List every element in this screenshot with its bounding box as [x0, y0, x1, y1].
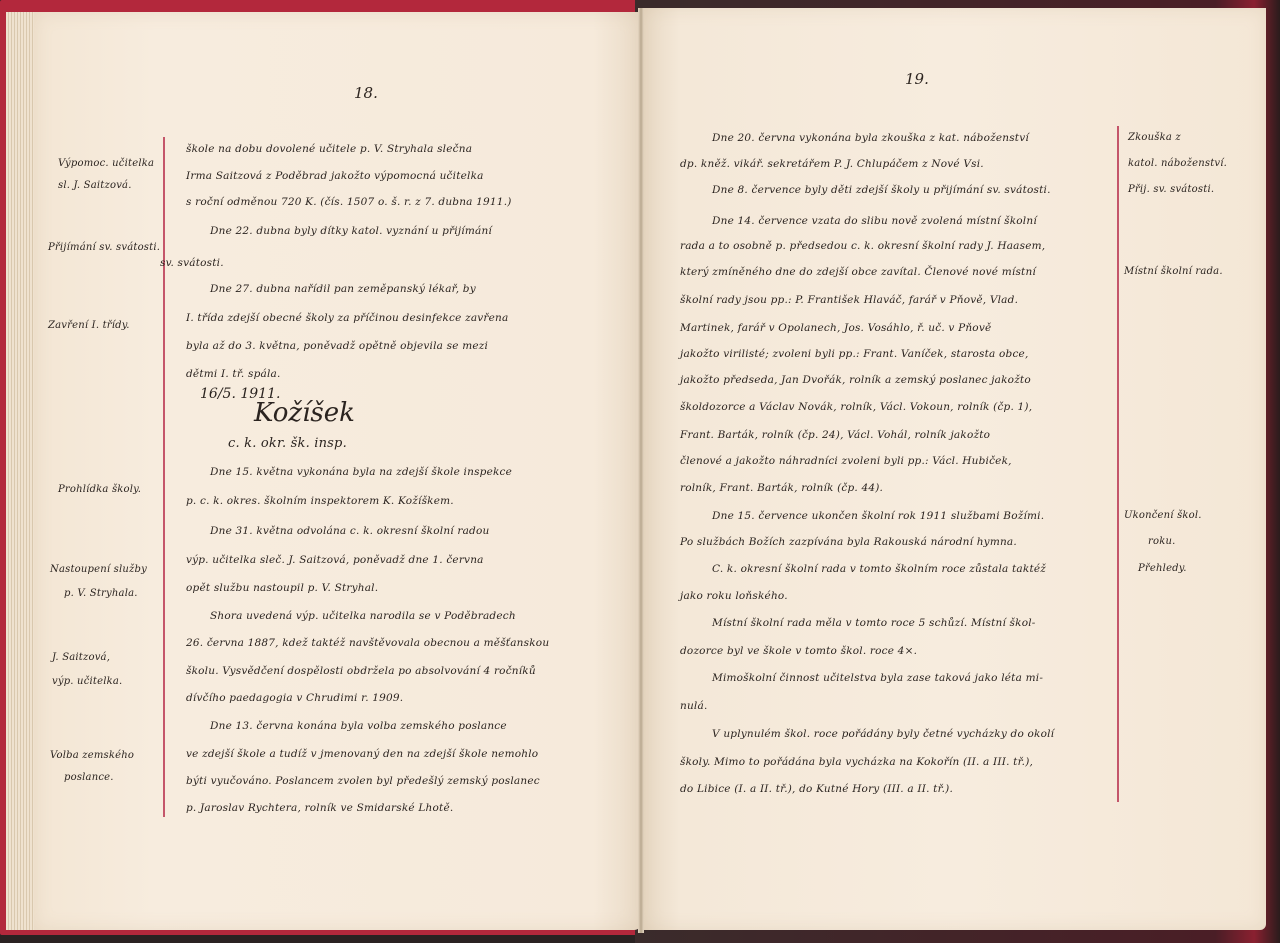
right-page-number: 19. — [905, 70, 929, 88]
margin-note: p. V. Stryhala. — [64, 588, 138, 599]
text-line: Dne 14. července vzata do slibu nově zvo… — [712, 215, 1037, 227]
margin-note: Nastoupení služby — [50, 564, 147, 575]
text-line: škole na dobu dovolené učitele p. V. Str… — [186, 143, 472, 155]
signature-title: c. k. okr. šk. insp. — [228, 436, 347, 451]
text-line: nulá. — [680, 700, 707, 712]
text-line: V uplynulém škol. roce pořádány byly čet… — [712, 728, 1054, 740]
margin-note: Ukončení škol. — [1124, 510, 1202, 521]
margin-note: Zkouška z — [1128, 132, 1181, 143]
text-line: p. c. k. okres. školním inspektorem K. K… — [186, 495, 454, 507]
book-gutter — [638, 8, 644, 933]
margin-note: poslance. — [64, 772, 114, 783]
text-line: opět službu nastoupil p. V. Stryhal. — [186, 582, 378, 594]
text-line: školu. Vysvědčení dospělosti obdržela po… — [186, 665, 536, 677]
text-line: Martinek, farář v Opolanech, Jos. Vosáhl… — [680, 322, 991, 334]
margin-note: Prohlídka školy. — [58, 484, 141, 495]
text-line: rolník, Frant. Barták, rolník (čp. 44). — [680, 482, 883, 494]
text-line: členové a jakožto náhradníci zvoleni byl… — [680, 455, 1012, 467]
margin-note: J. Saitzová, — [52, 652, 110, 663]
inspector-signature: Kožíšek — [254, 398, 355, 428]
text-line: C. k. okresní školní rada v tomto školní… — [712, 563, 1046, 575]
text-line: I. třída zdejší obecné školy za příčinou… — [186, 312, 508, 324]
margin-note: roku. — [1148, 536, 1175, 547]
text-line: Dne 13. června konána byla volba zemskéh… — [210, 720, 507, 732]
margin-note: Přehledy. — [1138, 563, 1187, 574]
left-page-number: 18. — [354, 84, 378, 102]
text-line: jakožto virilisté; zvoleni byli pp.: Fra… — [680, 348, 1029, 360]
text-line: p. Jaroslav Rychtera, rolník ve Smidarsk… — [186, 802, 453, 814]
margin-note: Zavření I. třídy. — [48, 320, 130, 331]
text-line: který zmíněného dne do zdejší obce zavít… — [680, 266, 1036, 278]
text-line: býti vyučováno. Poslancem zvolen byl pře… — [186, 775, 540, 787]
right-margin-rule — [1117, 126, 1119, 802]
text-line: výp. učitelka sleč. J. Saitzová, poněvad… — [186, 554, 484, 566]
margin-note: sl. J. Saitzová. — [58, 180, 132, 191]
margin-note: Místní školní rada. — [1124, 266, 1223, 277]
text-line: Dne 15. května vykonána byla na zdejší š… — [210, 466, 512, 478]
text-line: školdozorce a Václav Novák, rolník, Václ… — [680, 401, 1032, 413]
text-line: Místní školní rada měla v tomto roce 5 s… — [712, 617, 1036, 629]
text-line: dp. kněž. vikář. sekretářem P. J. Chlupá… — [680, 158, 984, 170]
text-line: 26. června 1887, kdež taktéž navštěvoval… — [186, 637, 549, 649]
margin-note: Výpomoc. učitelka — [58, 158, 154, 169]
left-margin-rule — [163, 137, 165, 817]
text-line: sv. svátosti. — [160, 257, 224, 269]
text-line: Dne 22. dubna byly dítky katol. vyznání … — [210, 225, 492, 237]
text-line: jakožto předseda, Jan Dvořák, rolník a z… — [680, 374, 1031, 386]
text-line: Dne 8. července byly děti zdejší školy u… — [712, 184, 1051, 196]
text-line: do Libice (I. a II. tř.), do Kutné Hory … — [680, 783, 953, 795]
text-line: dětmi I. tř. spála. — [186, 368, 281, 380]
text-line: Dne 20. června vykonána byla zkouška z k… — [712, 132, 1029, 144]
margin-note: Volba zemského — [50, 750, 134, 761]
text-line: Frant. Barták, rolník (čp. 24), Václ. Vo… — [680, 429, 990, 441]
text-line: rada a to osobně p. předsedou c. k. okre… — [680, 240, 1045, 252]
text-line: dívčího paedagogia v Chrudimi r. 1909. — [186, 692, 403, 704]
margin-note: Přijímání sv. svátosti. — [48, 242, 160, 253]
text-line: Shora uvedená výp. učitelka narodila se … — [210, 610, 516, 622]
text-line: byla až do 3. května, poněvadž opětně ob… — [186, 340, 488, 352]
text-line: školní rady jsou pp.: P. František Hlavá… — [680, 294, 1018, 306]
text-line: dozorce byl ve škole v tomto škol. roce … — [680, 645, 917, 657]
text-line: Dne 31. května odvolána c. k. okresní šk… — [210, 525, 489, 537]
text-line: Irma Saitzová z Poděbrad jakožto výpomoc… — [186, 170, 484, 182]
text-line: Mimoškolní činnost učitelstva byla zase … — [712, 672, 1043, 684]
text-line: jako roku loňského. — [680, 590, 788, 602]
text-line: školy. Mimo to pořádána byla vycházka na… — [680, 756, 1033, 768]
text-line: s roční odměnou 720 K. (čís. 1507 o. š. … — [186, 196, 512, 208]
margin-note: katol. náboženství. — [1128, 158, 1227, 169]
text-line: Dne 15. července ukončen školní rok 1911… — [712, 510, 1044, 522]
text-line: ve zdejší škole a tudíž v jmenovaný den … — [186, 748, 538, 760]
text-line: Po službách Božích zazpívána byla Rakous… — [680, 536, 1017, 548]
margin-note: výp. učitelka. — [52, 676, 122, 687]
margin-note: Přij. sv. svátosti. — [1128, 184, 1214, 195]
text-line: Dne 27. dubna nařídil pan zeměpanský lék… — [210, 283, 476, 295]
